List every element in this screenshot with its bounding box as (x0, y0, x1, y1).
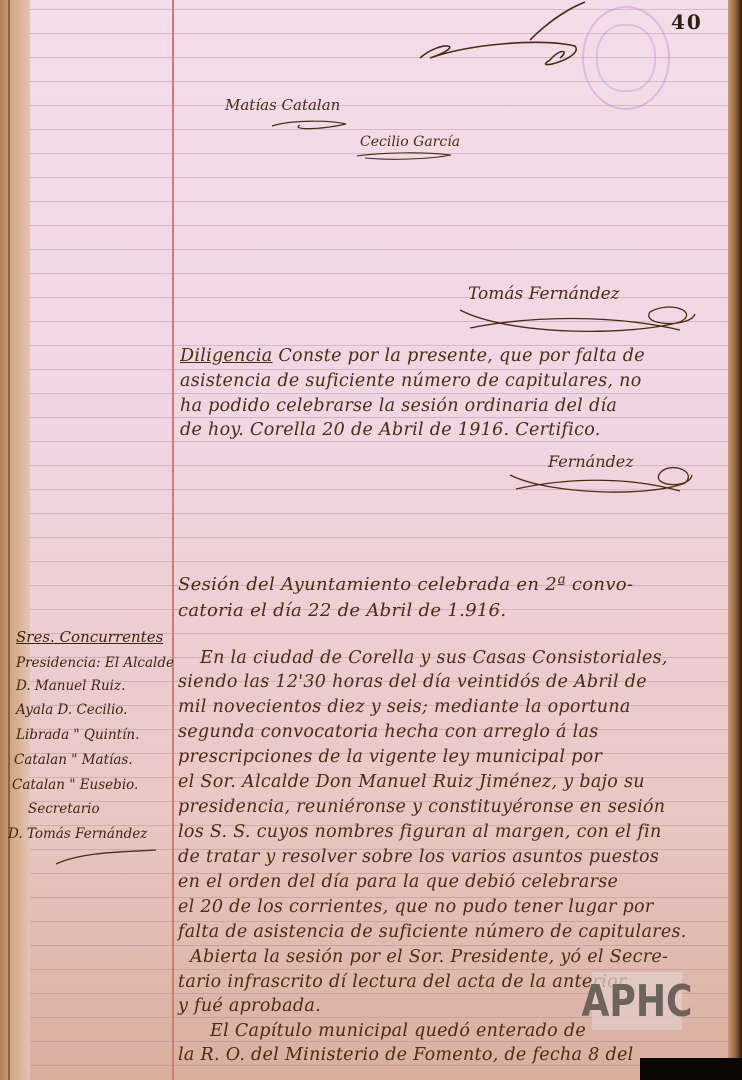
signature-flourish-icon (270, 118, 350, 132)
signature-flourish-icon (500, 455, 700, 500)
signature-cecilio-garcia: Cecilio García (360, 134, 460, 150)
signature-matias-catalan: Matías Catalan (225, 96, 340, 114)
margin-heading: Sres. Concurrentes (16, 628, 163, 646)
session-body-line: Abierta la sesión por el Sor. Presidente… (190, 947, 668, 967)
margin-line: Catalan " Matías. (14, 752, 133, 768)
margin-line: Catalan " Eusebio. (12, 777, 138, 793)
session-body-line: la R. O. del Ministerio de Fomento, de f… (178, 1045, 634, 1065)
ruled-lines (30, 0, 728, 1080)
aphc-watermark: APHC (592, 972, 682, 1030)
session-body-line: los S. S. cuyos nombres figuran al marge… (178, 822, 662, 842)
margin-line: Secretario (28, 801, 100, 817)
margin-line: D. Tomás Fernández (8, 826, 147, 842)
municipal-stamp-icon (582, 6, 670, 110)
bottom-shadow (640, 1058, 742, 1080)
session-body-line: siendo las 12'30 horas del día veintidós… (178, 672, 647, 692)
session-body-line: el Sor. Alcalde Don Manuel Ruiz Jiménez,… (178, 772, 645, 792)
session-body-line: segunda convocatoria hecha con arreglo á… (178, 722, 599, 742)
book-edge (728, 0, 742, 1080)
session-body-line: falta de asistencia de suficiente número… (178, 922, 687, 942)
session-body-line: prescripciones de la vigente ley municip… (178, 747, 602, 767)
margin-line: D. Manuel Ruiz. (16, 678, 125, 694)
rubric-flourish-icon (410, 0, 590, 80)
page-number: 40 (671, 10, 703, 34)
session-body-line: en el orden del día para la que debió ce… (178, 872, 618, 892)
binding-edge (0, 0, 30, 1080)
margin-flourish-icon (52, 846, 162, 868)
diligencia-heading: Diligencia (180, 346, 272, 366)
session-body-line: de tratar y resolver sobre los varios as… (178, 847, 659, 867)
margin-line: Presidencia: El Alcalde (16, 655, 174, 671)
margin-line: Ayala D. Cecilio. (16, 702, 127, 718)
session-body-line: y fué aprobada. (178, 996, 321, 1016)
session-body-line: mil novecientos diez y seis; mediante la… (178, 697, 631, 717)
diligencia-line: Diligencia Conste por la presente, que p… (180, 346, 645, 366)
diligencia-line: asistencia de suficiente número de capit… (180, 371, 642, 391)
diligencia-line: de hoy. Corella 20 de Abril de 1916. Cer… (180, 420, 601, 440)
session-body-line: El Capítulo municipal quedó enterado de (210, 1021, 586, 1041)
session-body-line: presidencia, reuniéronse y constituyéron… (178, 797, 665, 817)
signature-flourish-icon (450, 292, 700, 342)
signature-flourish-icon (355, 150, 455, 162)
ledger-page: 40 Matías Catalan Cecilio García Tomás F… (0, 0, 728, 1080)
margin-rule (172, 0, 174, 1080)
session-body-line: En la ciudad de Corella y sus Casas Cons… (200, 648, 668, 668)
session-title-line: catoria el día 22 de Abril de 1.916. (178, 600, 506, 621)
margin-line: Librada " Quintín. (16, 727, 139, 743)
session-title-line: Sesión del Ayuntamiento celebrada en 2ª … (178, 574, 633, 595)
diligencia-line: ha podido celebrarse la sesión ordinaria… (180, 396, 617, 416)
session-body-line: tario infrascrito dí lectura del acta de… (178, 972, 631, 992)
session-body-line: el 20 de los corrientes, que no pudo ten… (178, 897, 654, 917)
binding-line (8, 0, 10, 1080)
